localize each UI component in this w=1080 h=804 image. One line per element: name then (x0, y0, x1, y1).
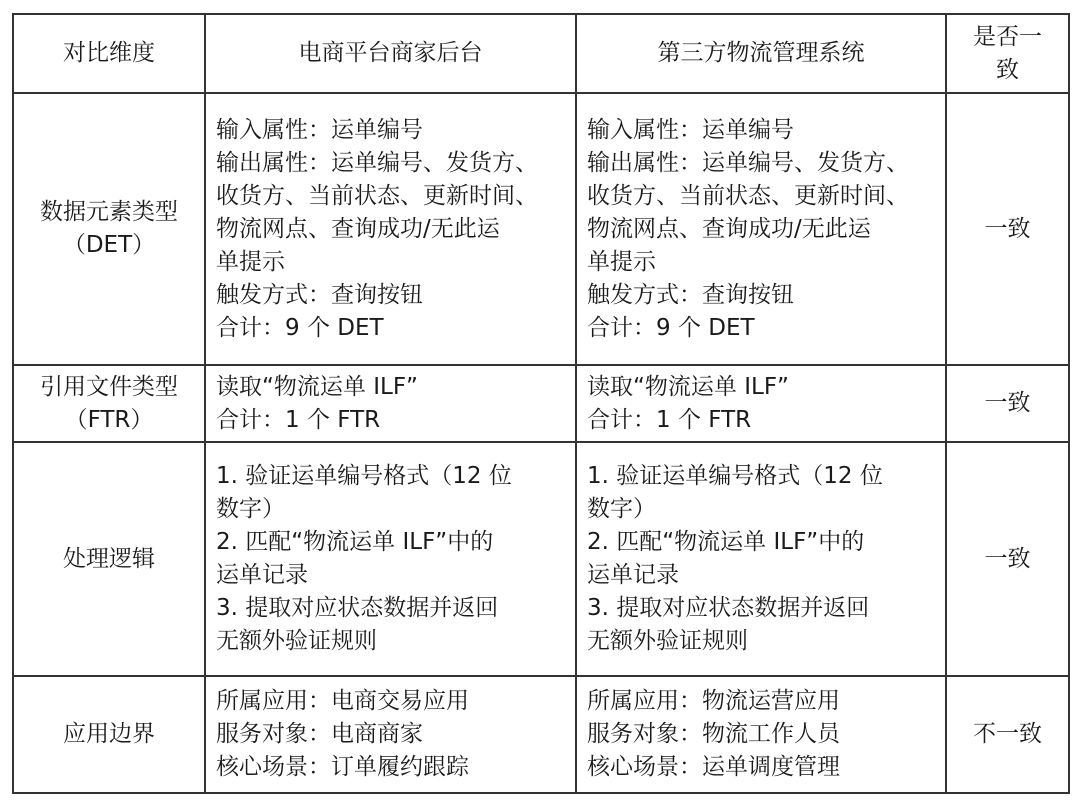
cell-line: 读取“物流运单 ILF” (216, 371, 571, 404)
cell-line: 数字） (587, 493, 941, 526)
header-logistics-system: 第三方物流管理系统 (576, 14, 946, 93)
table-header-row: 对比维度 电商平台商家后台 第三方物流管理系统 是否一 致 (13, 14, 1069, 93)
ecommerce-cell: 1. 验证运单编号格式（12 位 数字） 2. 匹配“物流运单 ILF”中的 运… (205, 442, 576, 676)
cell-line: 所属应用：物流运营应用 (587, 685, 941, 718)
cell-line: 触发方式：查询按钮 (216, 279, 571, 312)
cell-line: 合计：1 个 FTR (216, 404, 571, 437)
cell-line: 收货方、当前状态、更新时间、 (216, 180, 571, 213)
header-consistency: 是否一 致 (946, 14, 1069, 93)
cell-line: 输入属性：运单编号 (587, 114, 941, 147)
cell-line: 数字） (216, 493, 571, 526)
logistics-cell: 所属应用：物流运营应用 服务对象：物流工作人员 核心场景：运单调度管理 (576, 676, 946, 793)
cell-line: 3. 提取对应状态数据并返回 (216, 592, 571, 625)
cell-line: 无额外验证规则 (587, 625, 941, 658)
table-row: 引用文件类型 （FTR） 读取“物流运单 ILF” 合计：1 个 FTR 读取“… (13, 365, 1069, 442)
consistency-cell: 一致 (946, 442, 1069, 676)
logistics-cell: 输入属性：运单编号 输出属性：运单编号、发货方、 收货方、当前状态、更新时间、 … (576, 93, 946, 365)
header-dimension: 对比维度 (13, 14, 205, 93)
cell-line: 服务对象：电商商家 (216, 718, 571, 751)
dimension-cell: 引用文件类型 （FTR） (13, 365, 205, 442)
cell-line: 核心场景：订单履约跟踪 (216, 751, 571, 784)
table-row: 应用边界 所属应用：电商交易应用 服务对象：电商商家 核心场景：订单履约跟踪 所… (13, 676, 1069, 793)
header-consistency-line: 是否一 (947, 21, 1068, 54)
dimension-line: 应用边界 (14, 718, 204, 751)
ecommerce-cell: 所属应用：电商交易应用 服务对象：电商商家 核心场景：订单履约跟踪 (205, 676, 576, 793)
cell-line: 合计：1 个 FTR (587, 404, 941, 437)
dimension-cell: 应用边界 (13, 676, 205, 793)
header-ecommerce-backend: 电商平台商家后台 (205, 14, 576, 93)
cell-line: 输入属性：运单编号 (216, 114, 571, 147)
cell-line: 3. 提取对应状态数据并返回 (587, 592, 941, 625)
consistency-cell: 不一致 (946, 676, 1069, 793)
cell-line: 无额外验证规则 (216, 625, 571, 658)
cell-line: 2. 匹配“物流运单 ILF”中的 (216, 526, 571, 559)
cell-line: 物流网点、查询成功/无此运 (587, 213, 941, 246)
cell-line: 单提示 (216, 246, 571, 279)
cell-line: 物流网点、查询成功/无此运 (216, 213, 571, 246)
dimension-line: （FTR） (14, 404, 204, 437)
header-consistency-line: 致 (947, 54, 1068, 87)
cell-line: 核心场景：运单调度管理 (587, 751, 941, 784)
cell-line: 合计：9 个 DET (216, 312, 571, 345)
dimension-line: 处理逻辑 (14, 543, 204, 576)
comparison-table: 对比维度 电商平台商家后台 第三方物流管理系统 是否一 致 数据元素类型 （DE… (12, 13, 1070, 794)
cell-line: 收货方、当前状态、更新时间、 (587, 180, 941, 213)
dimension-cell: 数据元素类型 （DET） (13, 93, 205, 365)
dimension-cell: 处理逻辑 (13, 442, 205, 676)
table-row: 处理逻辑 1. 验证运单编号格式（12 位 数字） 2. 匹配“物流运单 ILF… (13, 442, 1069, 676)
cell-line: 读取“物流运单 ILF” (587, 371, 941, 404)
logistics-cell: 读取“物流运单 ILF” 合计：1 个 FTR (576, 365, 946, 442)
ecommerce-cell: 输入属性：运单编号 输出属性：运单编号、发货方、 收货方、当前状态、更新时间、 … (205, 93, 576, 365)
cell-line: 1. 验证运单编号格式（12 位 (216, 460, 571, 493)
cell-line: 输出属性：运单编号、发货方、 (587, 147, 941, 180)
cell-line: 运单记录 (216, 559, 571, 592)
logistics-cell: 1. 验证运单编号格式（12 位 数字） 2. 匹配“物流运单 ILF”中的 运… (576, 442, 946, 676)
dimension-line: （DET） (14, 229, 204, 262)
cell-line: 合计：9 个 DET (587, 312, 941, 345)
cell-line: 2. 匹配“物流运单 ILF”中的 (587, 526, 941, 559)
cell-line: 触发方式：查询按钮 (587, 279, 941, 312)
dimension-line: 数据元素类型 (14, 196, 204, 229)
dimension-line: 引用文件类型 (14, 371, 204, 404)
cell-line: 单提示 (587, 246, 941, 279)
cell-line: 输出属性：运单编号、发货方、 (216, 147, 571, 180)
consistency-cell: 一致 (946, 93, 1069, 365)
consistency-cell: 一致 (946, 365, 1069, 442)
cell-line: 服务对象：物流工作人员 (587, 718, 941, 751)
table-row: 数据元素类型 （DET） 输入属性：运单编号 输出属性：运单编号、发货方、 收货… (13, 93, 1069, 365)
ecommerce-cell: 读取“物流运单 ILF” 合计：1 个 FTR (205, 365, 576, 442)
cell-line: 运单记录 (587, 559, 941, 592)
cell-line: 所属应用：电商交易应用 (216, 685, 571, 718)
cell-line: 1. 验证运单编号格式（12 位 (587, 460, 941, 493)
